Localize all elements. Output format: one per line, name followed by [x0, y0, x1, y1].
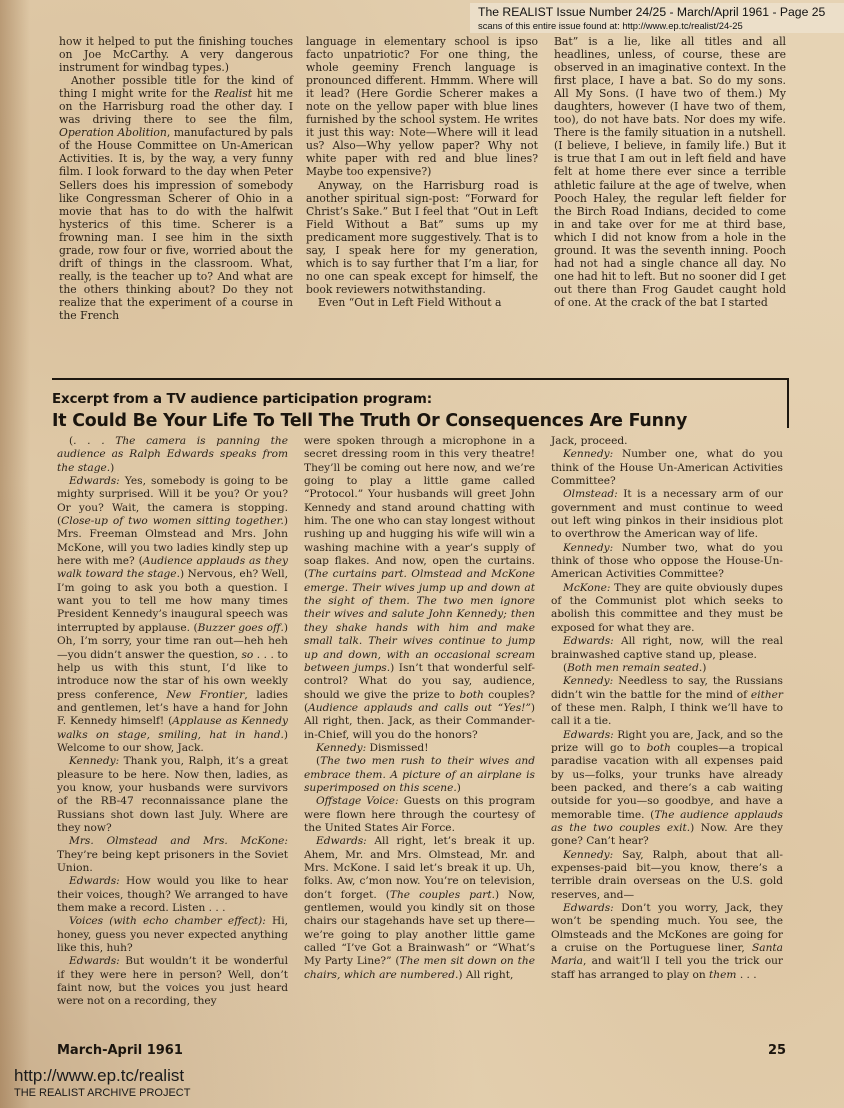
paragraph: Kennedy: Needless to say, the Russians d…: [551, 675, 783, 728]
paragraph: McKone: They are quite obviously dupes o…: [551, 582, 783, 635]
paragraph: Edwards: Don’t you worry, Jack, they won…: [551, 902, 783, 982]
paragraph: were spoken through a microphone in a se…: [304, 435, 535, 742]
article-column-3: Bat” is a lie, like all titles and all h…: [554, 35, 786, 309]
archive-header: The REALIST Issue Number 24/25 - March/A…: [470, 3, 844, 33]
excerpt-column-2: were spoken through a microphone in a se…: [304, 435, 535, 982]
paragraph: Mrs. Olmstead and Mrs. McKone: They’re b…: [57, 835, 288, 875]
paragraph: (The two men rush to their wives and emb…: [304, 755, 535, 795]
footer-issue-date: March-April 1961: [57, 1043, 183, 1058]
paragraph: Offstage Voice: Guests on this program w…: [304, 795, 535, 835]
paragraph: Edwards: All right, let’s break it up. A…: [304, 835, 535, 982]
paragraph: how it helped to put the finishing touch…: [59, 35, 293, 74]
paragraph: Olmstead: It is a necessary arm of our g…: [551, 488, 783, 541]
paragraph: Even “Out in Left Field Without a: [306, 296, 538, 309]
archive-source-link[interactable]: scans of this entire issue found at: htt…: [478, 20, 743, 31]
archive-url-link[interactable]: http://www.ep.tc/realist: [14, 1066, 184, 1086]
paragraph: Kennedy: Thank you, Ralph, it’s a great …: [57, 755, 288, 835]
archive-project-label: THE REALIST ARCHIVE PROJECT: [14, 1087, 190, 1099]
footer-page-number: 25: [768, 1043, 786, 1058]
excerpt-kicker: Excerpt from a TV audience participation…: [52, 392, 432, 407]
article-column-2: language in elementary school is ipso fa…: [306, 35, 538, 309]
page-edge-shadow: [0, 0, 30, 1108]
paragraph: language in elementary school is ipso fa…: [306, 35, 538, 179]
paragraph: Kennedy: Number two, what do you think o…: [551, 542, 783, 582]
paragraph: Edwards: Yes, somebody is going to be mi…: [57, 475, 288, 755]
paragraph: Anyway, on the Harrisburg road is anothe…: [306, 179, 538, 296]
paragraph: (Both men remain seated.): [551, 662, 783, 675]
excerpt-column-3: Jack, proceed.Kennedy: Number one, what …: [551, 435, 783, 982]
paragraph: Kennedy: Number one, what do you think o…: [551, 448, 783, 488]
paragraph: Voices (with echo chamber effect): Hi, h…: [57, 915, 288, 955]
paragraph: Edwards: Right you are, Jack, and so the…: [551, 729, 783, 849]
paragraph: Bat” is a lie, like all titles and all h…: [554, 35, 786, 309]
paragraph: Edwards: All right, now, will the real b…: [551, 635, 783, 662]
paragraph: Kennedy: Say, Ralph, about that all-expe…: [551, 849, 783, 902]
excerpt-box-top-rule: [52, 378, 789, 380]
paragraph: Jack, proceed.: [551, 435, 783, 448]
excerpt-box-right-rule: [787, 378, 789, 428]
archive-title: The REALIST Issue Number 24/25 - March/A…: [478, 5, 825, 19]
article-column-1: how it helped to put the finishing touch…: [59, 35, 293, 322]
excerpt-headline: It Could Be Your Life To Tell The Truth …: [52, 411, 687, 431]
paragraph: Kennedy: Dismissed!: [304, 742, 535, 755]
paragraph: Edwards: But wouldn’t it be wonderful if…: [57, 955, 288, 1008]
paragraph: (. . . The camera is panning the audienc…: [57, 435, 288, 475]
excerpt-column-1: (. . . The camera is panning the audienc…: [57, 435, 288, 1009]
paragraph: Another possible title for the kind of t…: [59, 74, 293, 322]
paragraph: Edwards: How would you like to hear thei…: [57, 875, 288, 915]
